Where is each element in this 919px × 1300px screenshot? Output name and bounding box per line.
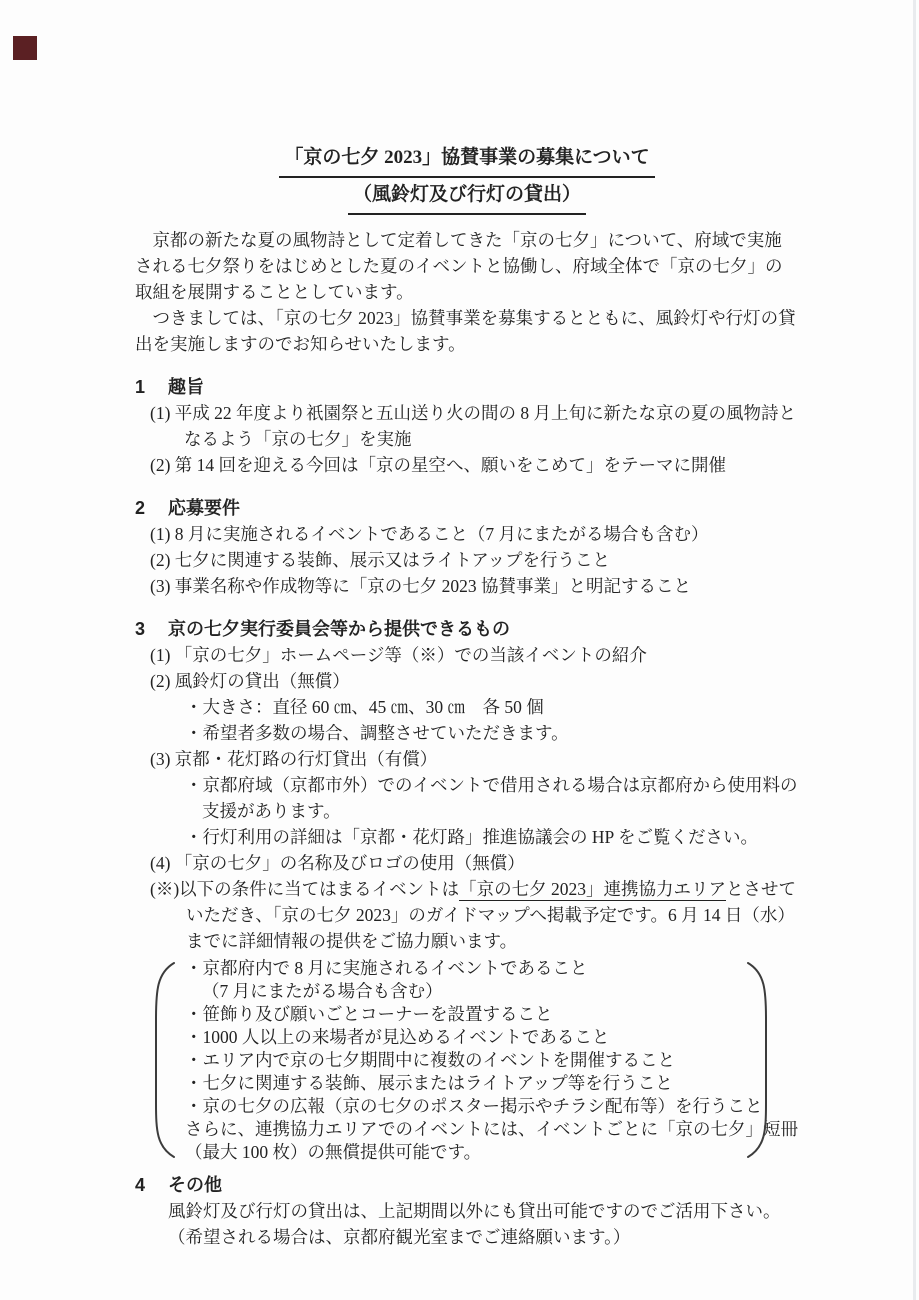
condition-line: さらに、連携協力エリアでのイベントには、イベントごとに「京の七夕」短冊 <box>185 1118 799 1141</box>
page-edge-line <box>913 0 916 1300</box>
section-2-requirements: 2 応募要件 (1) 8 月に実施されるイベントであること（7 月にまたがる場合… <box>135 495 799 599</box>
intro-paragraph-1: 京都の新たな夏の風物詩として定着してきた「京の七夕」について、府域で実施される七… <box>135 227 799 305</box>
section-heading: 4 その他 <box>135 1172 799 1198</box>
section-item: (3) 事業名称や作成物等に「京の七夕 2023 協賛事業」と明記すること <box>150 573 799 599</box>
condition-line: ・京の七夕の広報（京の七夕のポスター掲示やチラシ配布等）を行うこと <box>185 1095 799 1118</box>
title-line-2: （風鈴灯及び行灯の貸出） <box>348 180 586 215</box>
document-title: 「京の七夕 2023」協賛事業の募集について （風鈴灯及び行灯の貸出） <box>135 143 799 215</box>
scan-corner-mark <box>13 36 37 60</box>
left-bracket <box>147 959 177 1161</box>
title-line-1: 「京の七夕 2023」協賛事業の募集について <box>279 143 654 178</box>
condition-box: ・京都府内で 8 月に実施されるイベントであること （7 月にまたがる場合も含む… <box>135 957 799 1164</box>
section-item: (2) 第 14 回を迎える今回は「京の星空へ、願いをこめて」をテーマに開催 <box>150 452 799 478</box>
condition-line: ・1000 人以上の来場者が見込めるイベントであること <box>185 1026 799 1049</box>
condition-line: ・七夕に関連する装飾、展示またはライトアップ等を行うこと <box>185 1072 799 1095</box>
section-item: (1) 「京の七夕」ホームページ等（※）での当該イベントの紹介 <box>150 642 799 668</box>
section-heading: 2 応募要件 <box>135 495 799 521</box>
title-row-2: （風鈴灯及び行灯の貸出） <box>135 180 799 215</box>
section-title: 京の七夕実行委員会等から提供できるもの <box>168 616 510 642</box>
section-number: 1 <box>135 374 168 400</box>
condition-line: ・京都府内で 8 月に実施されるイベントであること <box>185 957 799 980</box>
sub-bullet: ・希望者多数の場合、調整させていただきます。 <box>185 720 799 746</box>
underlined-phrase: 「京の七夕 2023」連携協力エリア <box>459 879 726 901</box>
section-title: 応募要件 <box>168 495 240 521</box>
condition-line: ・エリア内で京の七夕期間中に複数のイベントを開催すること <box>185 1049 799 1072</box>
section-item: (1) 平成 22 年度より祇園祭と五山送り火の間の 8 月上旬に新たな京の夏の… <box>150 400 799 452</box>
note-text-pre: (※)以下の条件に当てはまるイベントは <box>150 879 459 899</box>
section-item: (4) 「京の七夕」の名称及びロゴの使用（無償） <box>150 850 799 876</box>
section-title: その他 <box>168 1172 222 1198</box>
condition-line: （最大 100 枚）の無償提供可能です。 <box>185 1141 799 1164</box>
title-row-1: 「京の七夕 2023」協賛事業の募集について <box>135 143 799 178</box>
section-1-purpose: 1 趣旨 (1) 平成 22 年度より祇園祭と五山送り火の間の 8 月上旬に新た… <box>135 374 799 478</box>
scanned-document-page: 「京の七夕 2023」協賛事業の募集について （風鈴灯及び行灯の貸出） 京都の新… <box>0 0 919 1300</box>
section-heading: 3 京の七夕実行委員会等から提供できるもの <box>135 616 799 642</box>
sub-bullet: ・京都府域（京都市外）でのイベントで借用される場合は京都府から使用料の支援があり… <box>185 772 799 824</box>
section-3-provided-items: 3 京の七夕実行委員会等から提供できるもの (1) 「京の七夕」ホームページ等（… <box>135 616 799 1164</box>
condition-line: （7 月にまたがる場合も含む） <box>185 980 799 1003</box>
sub-bullet: ・大きさ：直径 60 ㎝、45 ㎝、30 ㎝ 各 50 個 <box>185 694 799 720</box>
document-content: 「京の七夕 2023」協賛事業の募集について （風鈴灯及び行灯の貸出） 京都の新… <box>135 143 799 1250</box>
right-bracket <box>745 959 775 1161</box>
sub-bullet: ・行灯利用の詳細は「京都・花灯路」推進協議会の HP をご覧ください。 <box>185 824 799 850</box>
section-number: 3 <box>135 616 168 642</box>
note-paragraph: (※)以下の条件に当てはまるイベントは「京の七夕 2023」連携協力エリアとさせ… <box>150 876 799 954</box>
section-4-other: 4 その他 風鈴灯及び行灯の貸出は、上記期間以外にも貸出可能ですのでご活用下さい… <box>135 1172 799 1250</box>
section-item: （希望される場合は、京都府観光室までご連絡願います。） <box>168 1224 799 1250</box>
section-item: (2) 七夕に関連する装飾、展示又はライトアップを行うこと <box>150 547 799 573</box>
section-heading: 1 趣旨 <box>135 374 799 400</box>
intro-paragraph-2: つきましては、「京の七夕 2023」協賛事業を募集するとともに、風鈴灯や行灯の貸… <box>135 305 799 357</box>
section-item: 風鈴灯及び行灯の貸出は、上記期間以外にも貸出可能ですのでご活用下さい。 <box>168 1198 799 1224</box>
section-title: 趣旨 <box>168 374 204 400</box>
section-number: 2 <box>135 495 168 521</box>
section-number: 4 <box>135 1172 168 1198</box>
section-item: (2) 風鈴灯の貸出（無償） <box>150 668 799 694</box>
condition-line: ・笹飾り及び願いごとコーナーを設置すること <box>185 1003 799 1026</box>
section-item: (3) 京都・花灯路の行灯貸出（有償） <box>150 746 799 772</box>
section-item: (1) 8 月に実施されるイベントであること（7 月にまたがる場合も含む） <box>150 521 799 547</box>
